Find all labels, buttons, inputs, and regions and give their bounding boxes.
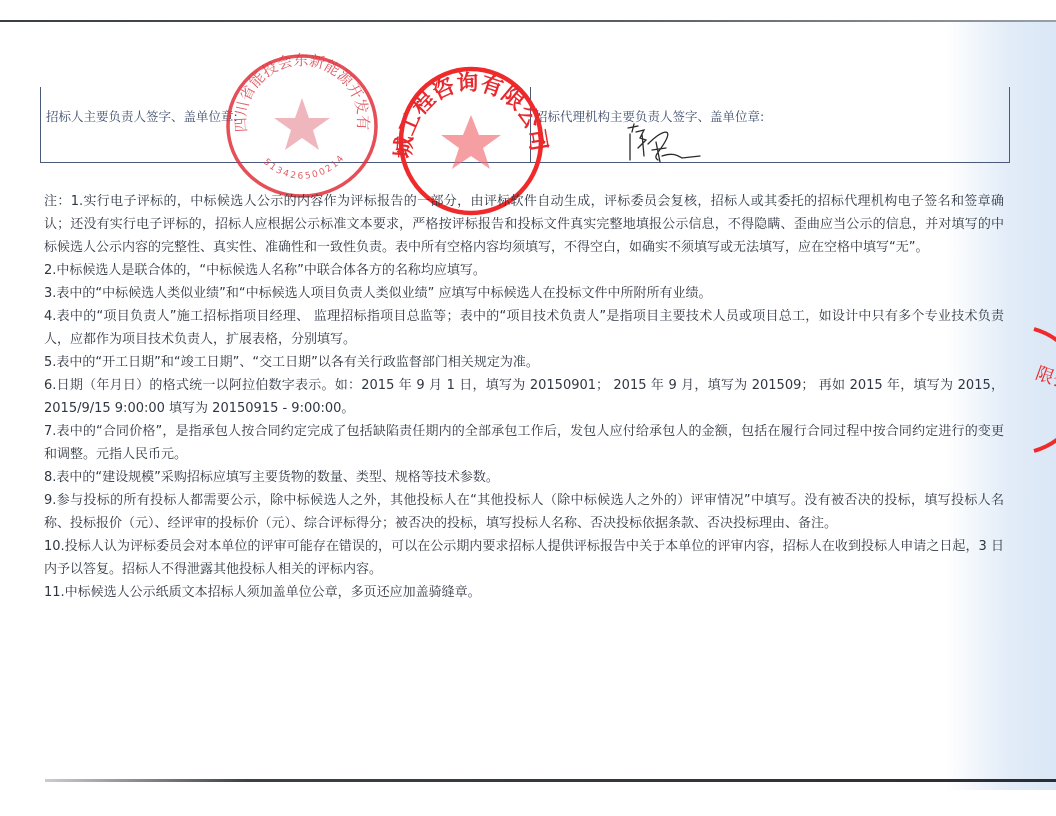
note-9: 9.参与投标的所有投标人都需要公示，除中标候选人之外，其他投标人在“其他投标人（… bbox=[44, 489, 1004, 535]
note-7: 7.表中的“合同价格”，是指承包人按合同约定完成了包括缺陷责任期内的全部承包工作… bbox=[44, 420, 1004, 466]
table-border-right bbox=[1009, 87, 1010, 163]
top-rule bbox=[0, 20, 1056, 22]
svg-text:限公司: 限公司 bbox=[1033, 363, 1056, 401]
tenderer-signature-label: 招标人主要负责人签字、盖单位章: bbox=[46, 107, 238, 125]
notes-section: 注：1.实行电子评标的，中标候选人公示的内容作为评标报告的一部分，由评标软件自动… bbox=[44, 190, 1004, 604]
note-4: 4.表中的“项目负责人”施工招标指项目经理、 监理招标指项目总监等；表中的“项目… bbox=[44, 305, 1004, 351]
edge-seal: 限公司 bbox=[1030, 325, 1056, 459]
tenderer-seal: 四川省能投会东新能源开发有限公司 5134265002147 bbox=[222, 52, 382, 204]
note-6: 6.日期（年月日）的格式统一以阿拉伯数字表示。如：2015 年 9 月 1 日，… bbox=[44, 374, 1004, 420]
note-10: 10.投标人认为评标委员会对本单位的评审可能存在错误的，可以在公示期内要求招标人… bbox=[44, 535, 1004, 581]
note-5: 5.表中的“开工日期”和“竣工日期”、“交工日期”以各有关行政监督部门相关规定为… bbox=[44, 351, 1004, 374]
note-2: 2.中标候选人是联合体的，“中标候选人名称”中联合体各方的名称均应填写。 bbox=[44, 259, 1004, 282]
bottom-rule bbox=[45, 779, 1056, 782]
note-11: 11.中标候选人公示纸质文本招标人须加盖单位公章，多页还应加盖骑缝章。 bbox=[44, 581, 1004, 604]
note-3: 3.表中的“中标候选人类似业绩”和“中标候选人项目负责人类似业绩” 应填写中标候… bbox=[44, 282, 1004, 305]
table-border-left bbox=[40, 87, 41, 163]
handwritten-signature bbox=[622, 122, 712, 168]
note-8: 8.表中的“建设规模”采购招标应填写主要货物的数量、类型、规格等技术参数。 bbox=[44, 466, 1004, 489]
note-1: 注：1.实行电子评标的，中标候选人公示的内容作为评标报告的一部分，由评标软件自动… bbox=[44, 190, 1004, 259]
